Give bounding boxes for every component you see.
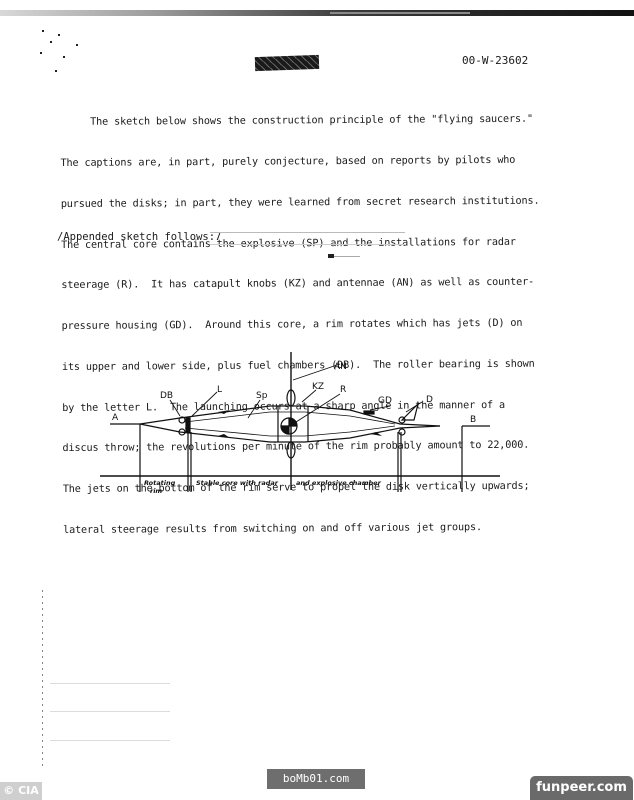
scan-speck	[50, 41, 52, 43]
scan-speck	[76, 44, 78, 46]
site-watermark-funpeer: funpeer.com	[530, 776, 633, 800]
appended-note: /Appended sketch follows:7	[57, 231, 221, 243]
scan-mark	[330, 256, 360, 257]
label-a: A	[112, 413, 119, 423]
label-b: B	[470, 415, 476, 425]
source-watermark: © CIA	[0, 782, 42, 800]
caption-rotating-rim: Rotating	[144, 479, 176, 487]
flying-saucer-sketch: A B DB L Sp AN KZ R GD D Rotating rim St…	[100, 340, 500, 500]
scan-speck	[55, 70, 57, 72]
scan-top-edge	[0, 10, 634, 16]
scan-margin-marks	[42, 590, 43, 770]
body-line: lateral steerage results from switching …	[63, 520, 583, 537]
label-r: R	[340, 385, 346, 395]
body-line: pursued the disks; in part, they were le…	[61, 194, 581, 211]
redaction-block	[255, 55, 319, 71]
caption-explosive-chamber: and explosive chamber	[296, 479, 382, 487]
document-number: 00-W-23602	[462, 54, 528, 67]
scan-speck	[40, 52, 42, 54]
site-watermark-bomb01: boMb01.com	[267, 769, 365, 789]
faint-rule	[50, 711, 170, 712]
faint-rule	[50, 740, 170, 741]
body-line: pressure housing (GD). Around this core,…	[62, 316, 582, 333]
scan-speck	[63, 56, 65, 58]
label-gd: GD	[378, 396, 392, 406]
caption-rim: rim	[150, 487, 162, 495]
label-kz: KZ	[312, 382, 324, 392]
scan-speck	[42, 30, 44, 32]
faint-rule	[210, 232, 405, 233]
faint-rule	[50, 683, 170, 684]
faint-rule	[210, 244, 405, 245]
label-sp: Sp	[256, 391, 268, 401]
body-line: steerage (R). It has catapult knobs (KZ)…	[61, 276, 581, 293]
label-l: L	[217, 385, 222, 395]
scan-top-edge-streak	[330, 12, 470, 14]
body-line: The captions are, in part, purely conjec…	[60, 153, 580, 170]
scan-speck	[58, 34, 60, 36]
label-d: D	[426, 395, 433, 405]
label-an: AN	[334, 362, 347, 372]
caption-stable-core: Stable core with radar	[196, 479, 279, 487]
label-db: DB	[160, 391, 173, 401]
body-line: The sketch below shows the construction …	[60, 113, 580, 130]
